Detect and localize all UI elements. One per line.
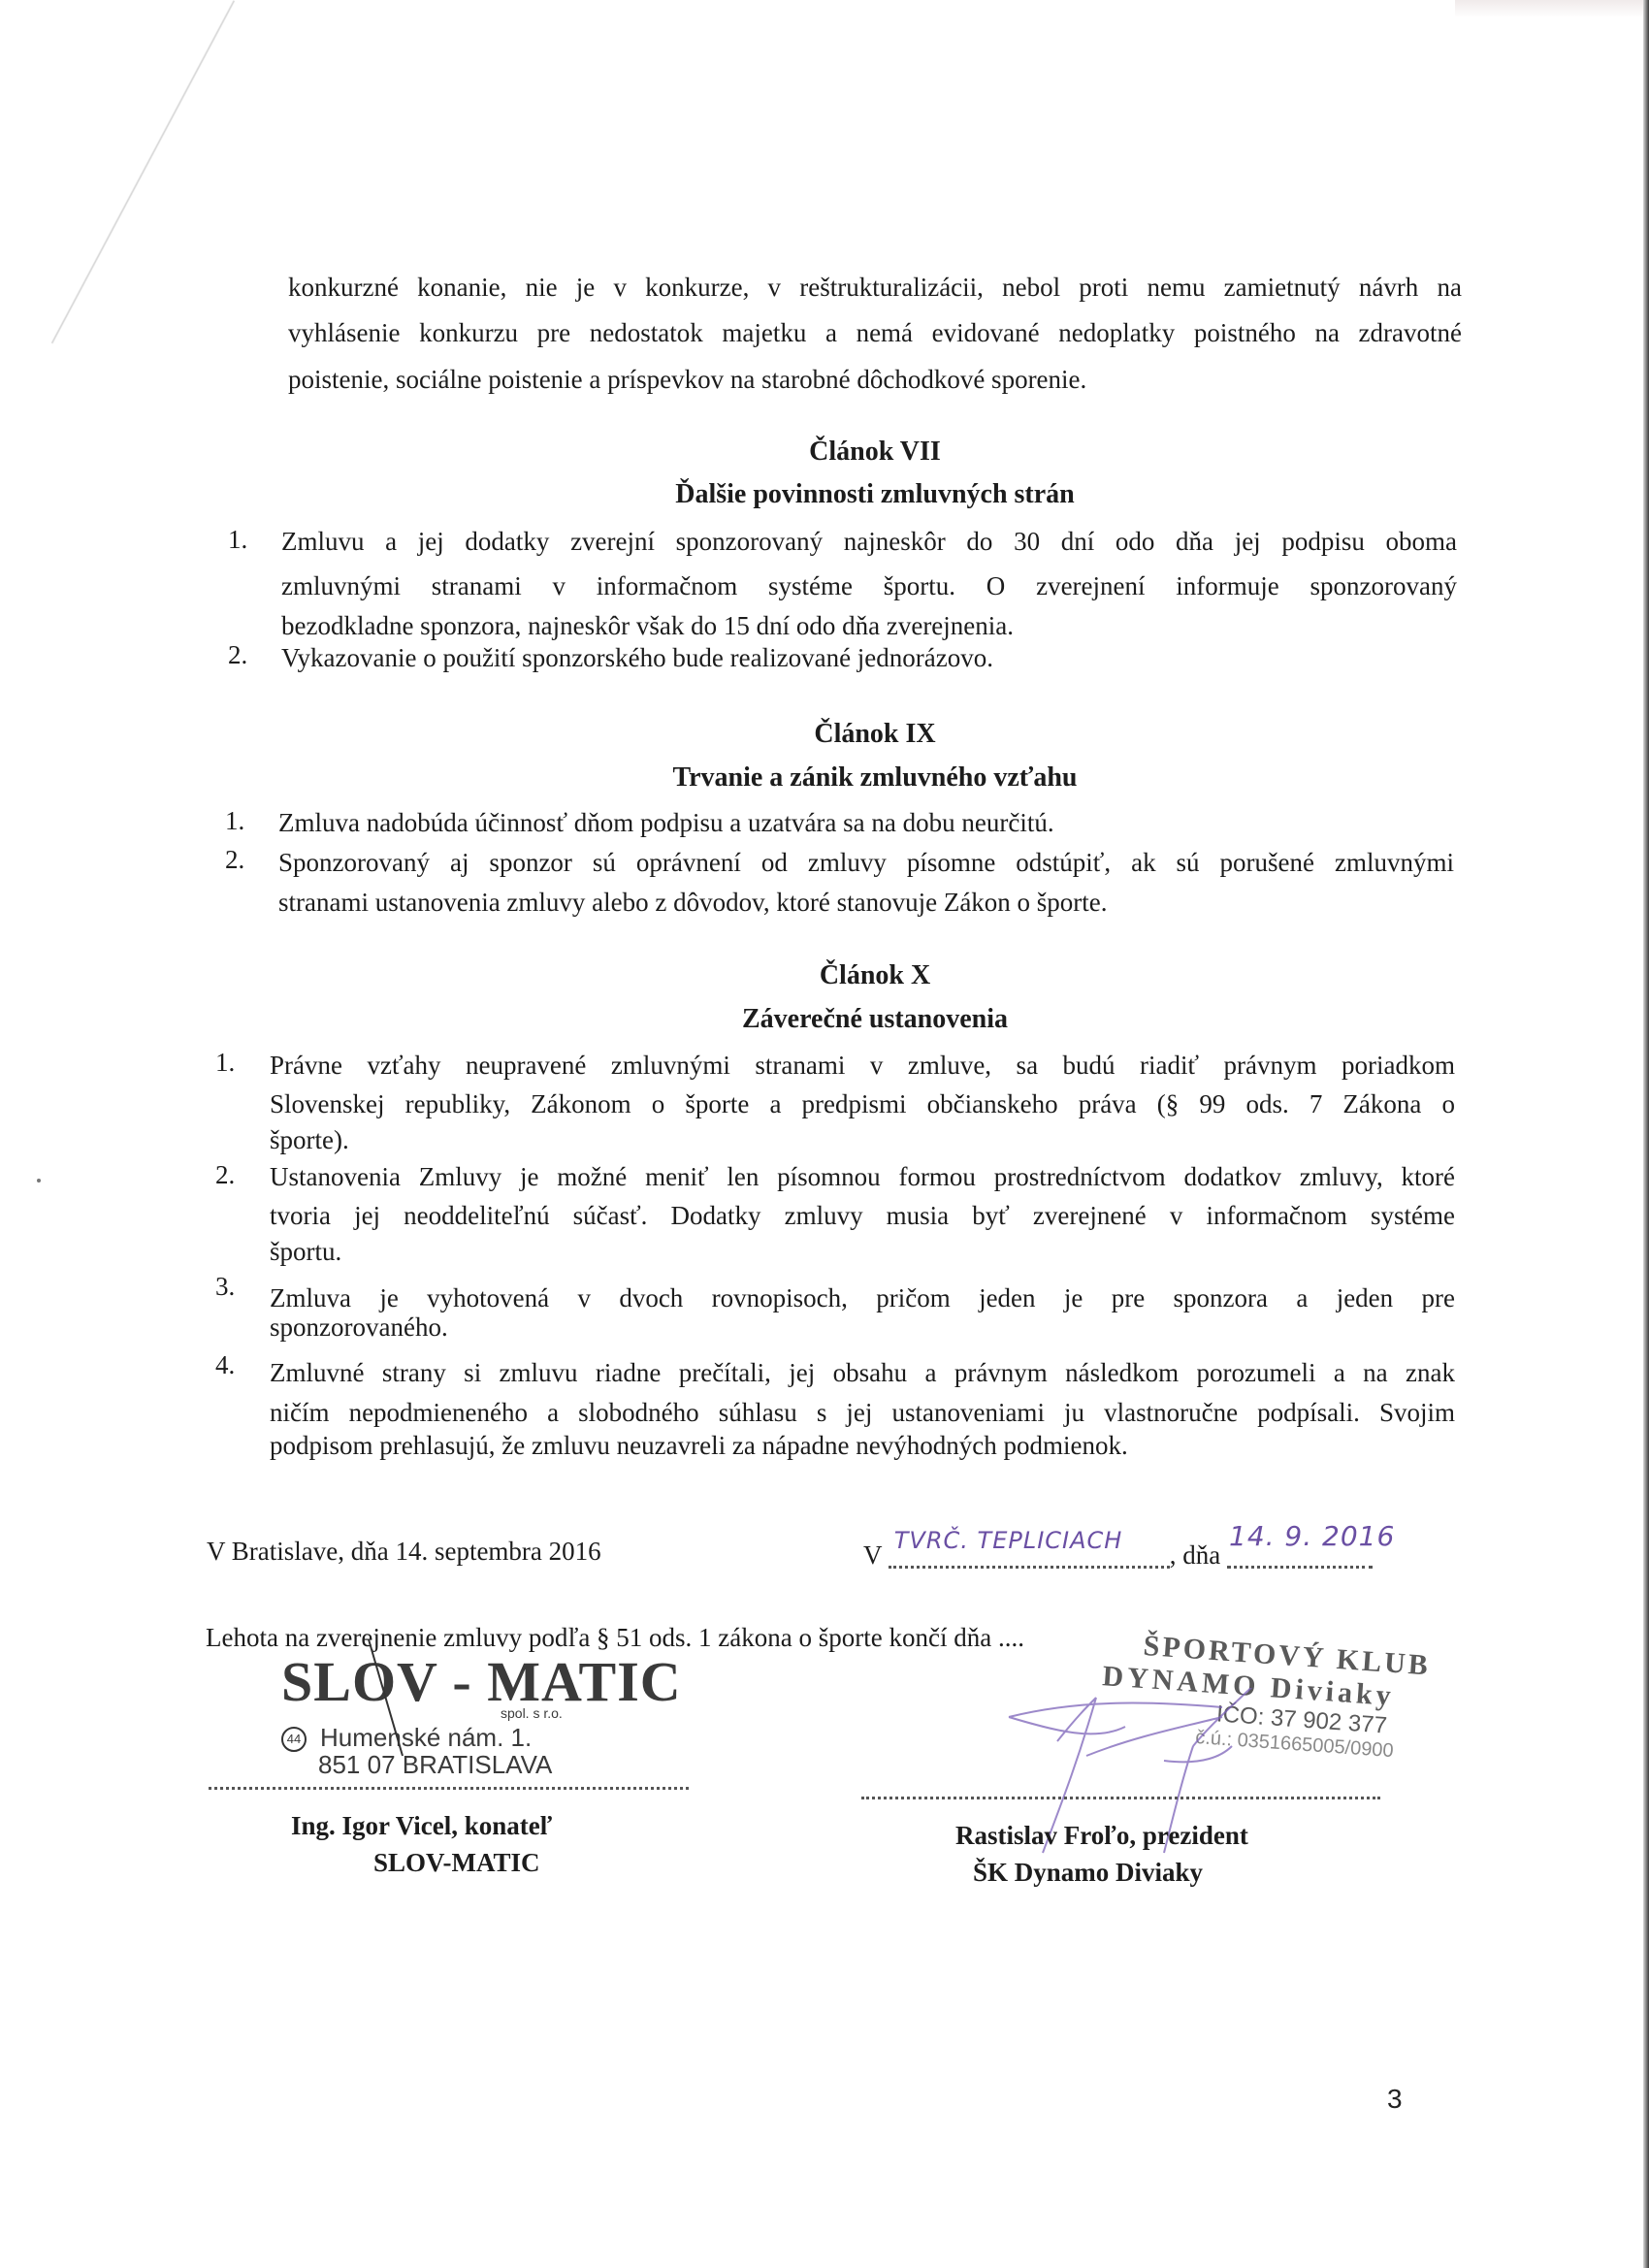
item-line: Zmluva je vyhotovená v dvoch rovnopisoch… xyxy=(270,1285,1455,1312)
article-title: Trvanie a zánik zmluvného vzťahu xyxy=(50,764,1649,792)
item-number: 1. xyxy=(215,1050,235,1076)
club-signatory-org: ŠK Dynamo Diviaky xyxy=(973,1858,1203,1888)
left-place-date: V Bratislave, dňa 14. septembra 2016 xyxy=(207,1539,601,1565)
item-number: 2. xyxy=(225,847,244,873)
date-field: 14. 9. 2016 xyxy=(1227,1544,1373,1569)
item-line: sponzorovaného. xyxy=(270,1314,448,1341)
scan-fold-line xyxy=(50,0,235,344)
item-number: 4. xyxy=(215,1352,235,1378)
article-title: Záverečné ustanovenia xyxy=(50,1006,1649,1033)
item-line: zmluvnými stranami v informačnom systéme… xyxy=(281,573,1457,599)
item-number: 1. xyxy=(228,527,247,553)
item-line: bezodkladne sponzora, najneskôr však do … xyxy=(281,613,1014,639)
sponsor-signature-line xyxy=(209,1787,689,1790)
intro-line: poistenie, sociálne poistenie a príspevk… xyxy=(288,367,1086,393)
article-number: Článok X xyxy=(50,962,1649,989)
item-line: stranami ustanovenia zmluvy alebo z dôvo… xyxy=(278,890,1108,916)
item-number: 2. xyxy=(228,642,247,668)
item-line: Vykazovanie o použití sponzorského bude … xyxy=(281,645,993,671)
article-number: Článok VII xyxy=(50,438,1649,466)
scan-speck xyxy=(37,1179,41,1183)
page-number: 3 xyxy=(1387,2084,1403,2115)
item-number: 2. xyxy=(215,1162,235,1188)
scan-right-edge xyxy=(1643,0,1649,2268)
handwritten-place: TVRČ. TEPLICIACH xyxy=(894,1529,1123,1552)
club-signature-line xyxy=(861,1797,1380,1799)
article-title: Ďalšie povinnosti zmluvných strán xyxy=(50,481,1649,508)
item-number: 3. xyxy=(215,1274,235,1300)
item-line: Zmluvu a jej dodatky zverejní sponzorova… xyxy=(281,529,1457,555)
item-line: športe). xyxy=(270,1127,349,1153)
sponsor-signatory-name: Ing. Igor Vicel, konateľ xyxy=(291,1811,552,1841)
item-line: Sponzorovaný aj sponzor sú oprávnení od … xyxy=(278,850,1454,876)
item-line: Právne vzťahy neupravené zmluvnými stran… xyxy=(270,1053,1455,1079)
item-number: 1. xyxy=(225,808,244,834)
club-signatory-name: Rastislav Froľo, prezident xyxy=(955,1821,1248,1851)
item-line: ničím nepodmieneného a slobodného súhlas… xyxy=(270,1400,1455,1426)
item-line: Zmluvné strany si zmluvu riadne prečítal… xyxy=(270,1360,1455,1386)
item-line: Ustanovenia Zmluvy je možné meniť len pí… xyxy=(270,1164,1455,1190)
intro-line: konkurzné konanie, nie je v konkurze, v … xyxy=(288,275,1462,301)
sponsor-signature-icon xyxy=(223,1639,611,1795)
item-line: tvoria jej neoddeliteľnú súčasť. Dodatky… xyxy=(270,1203,1455,1229)
item-line: podpisom prehlasujú, že zmluvu neuzavrel… xyxy=(270,1433,1128,1459)
sponsor-signatory-org: SLOV-MATIC xyxy=(373,1848,540,1878)
right-place-date: V TVRČ. TEPLICIACH , dňa 14. 9. 2016 xyxy=(863,1542,1373,1569)
intro-line: vyhlásenie konkurzu pre nedostatok majet… xyxy=(288,320,1462,346)
article-number: Článok IX xyxy=(50,721,1649,748)
handwritten-date: 14. 9. 2016 xyxy=(1229,1523,1395,1550)
item-line: športu. xyxy=(270,1239,341,1265)
item-line: Slovenskej republiky, Zákonom o športe a… xyxy=(270,1091,1455,1118)
item-line: Zmluva nadobúda účinnosť dňom podpisu a … xyxy=(278,810,1054,836)
right-mid: , dňa xyxy=(1170,1540,1220,1570)
place-field: TVRČ. TEPLICIACH xyxy=(889,1544,1170,1569)
right-prefix: V xyxy=(863,1540,882,1570)
scan-top-edge xyxy=(1455,0,1649,17)
